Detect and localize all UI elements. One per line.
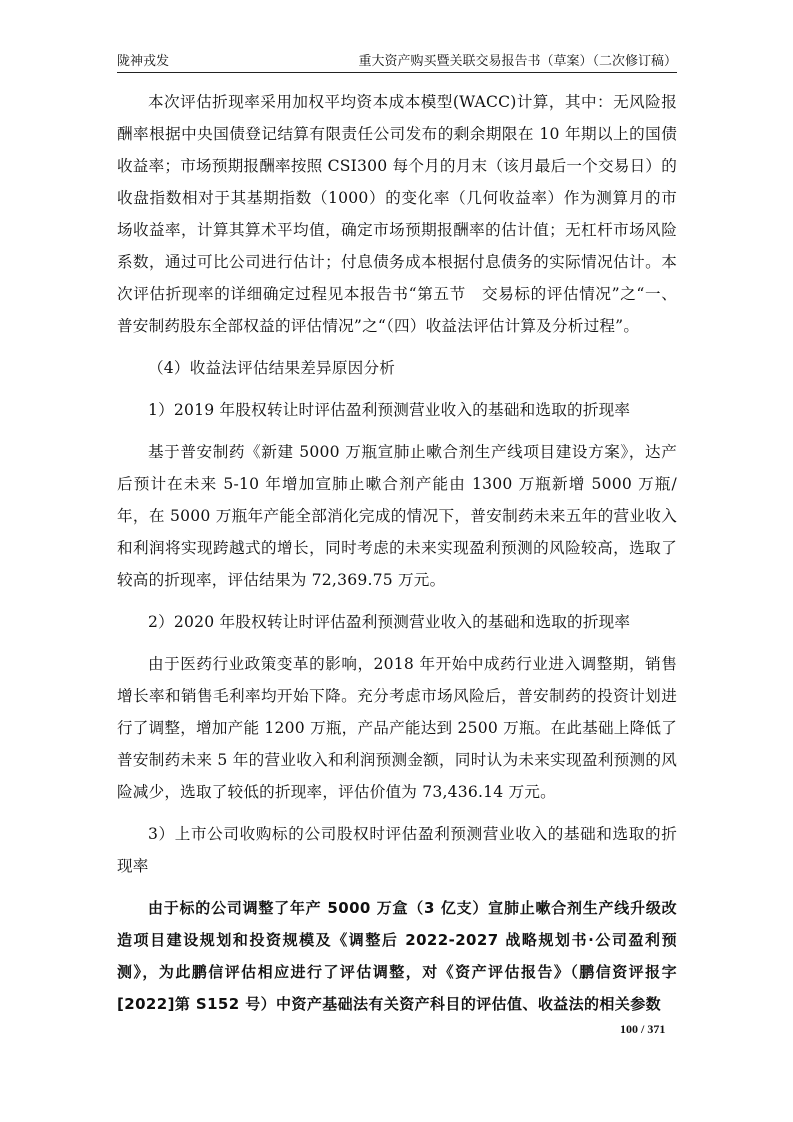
document-body: 本次评估折现率采用加权平均资本成本模型(WACC)计算，其中：无风险报酬率根据中… [117, 86, 677, 1020]
header-document-title: 重大资产购买暨关联交易报告书（草案）（二次修订稿） [358, 52, 677, 72]
paragraph-wacc-description: 本次评估折现率采用加权平均资本成本模型(WACC)计算，其中：无风险报酬率根据中… [117, 86, 677, 342]
paragraph-acquisition-adjustment: 由于标的公司调整了年产 5000 万盒（3 亿支）宣肺止嗽合剂生产线升级改造项目… [117, 892, 677, 1020]
page-number: 100 / 371 [620, 1022, 665, 1037]
subheading-2020-transfer: 2）2020 年股权转让时评估盈利预测营业收入的基础和选取的折现率 [117, 606, 677, 638]
subheading-acquisition: 3）上市公司收购标的公司股权时评估盈利预测营业收入的基础和选取的折现率 [117, 818, 677, 882]
page-header: 陇神戎发 重大资产购买暨关联交易报告书（草案）（二次修订稿） [117, 52, 677, 73]
paragraph-2019-basis: 基于普安制药《新建 5000 万瓶宣肺止嗽合剂生产线项目建设方案》，达产后预计在… [117, 436, 677, 596]
section-heading-income-approach-analysis: （4）收益法评估结果差异原因分析 [117, 352, 677, 384]
paragraph-2020-basis: 由于医药行业政策变革的影响，2018 年开始中成药行业进入调整期，销售增长率和销… [117, 648, 677, 808]
header-company-name: 陇神戎发 [117, 52, 169, 72]
subheading-2019-transfer: 1）2019 年股权转让时评估盈利预测营业收入的基础和选取的折现率 [117, 394, 677, 426]
